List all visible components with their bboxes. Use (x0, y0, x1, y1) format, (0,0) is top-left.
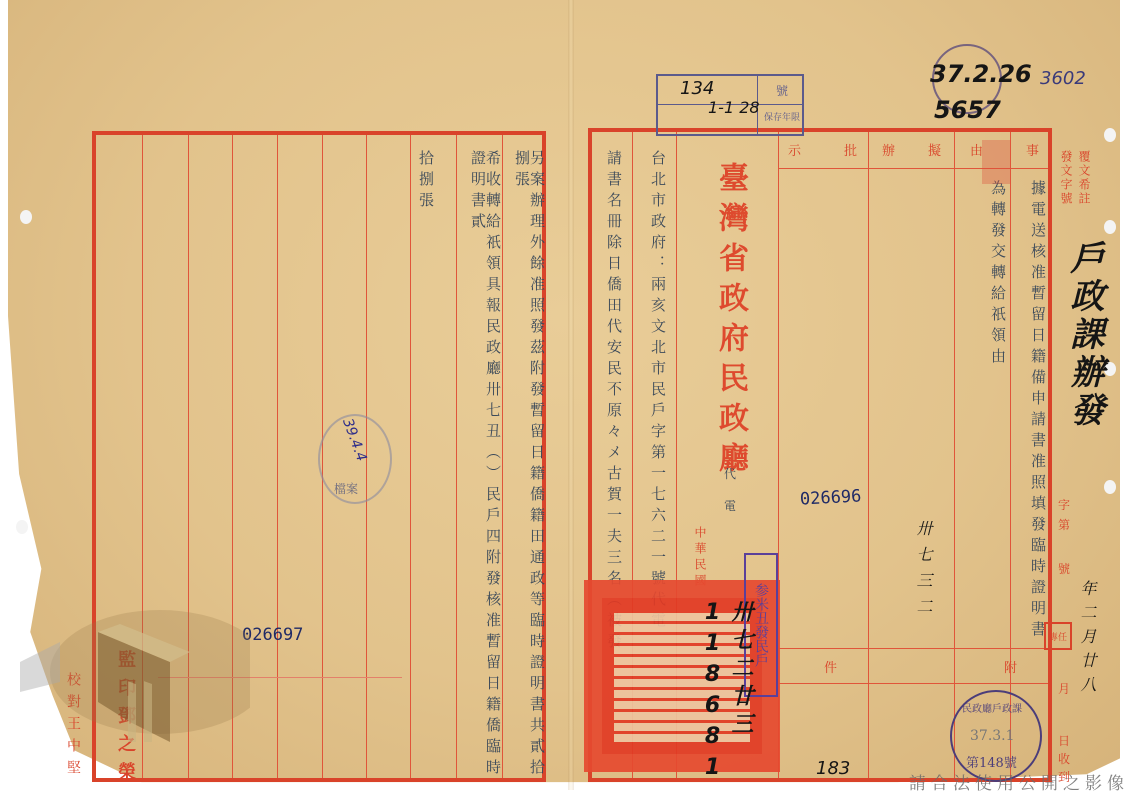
label-hao: 號 (1058, 560, 1070, 577)
attachment-label-jian: 件 (824, 657, 837, 676)
label-month: 月 (1058, 680, 1070, 697)
handwriting-lower-right: 年二月廿八 (1076, 580, 1099, 700)
body-column-4: 希收轉給祇領具報民政廳卅七丑（）民戶四附發核准暫留日籍僑臨時證明書貳 (470, 150, 500, 790)
binder-hole (1104, 480, 1116, 494)
postmark-top-text: 民政廳戶政課 (962, 700, 1022, 715)
archive-handwritten-bottom: 1-1 28 (708, 98, 760, 117)
archive-stamp-label: 檔案 (334, 480, 358, 497)
binder-hole (16, 520, 28, 534)
received-number-handwritten: 5657 (934, 96, 1001, 124)
binder-hole (1104, 220, 1116, 234)
label-zi: 字 (1058, 496, 1070, 513)
center-fold (568, 0, 574, 790)
header-label-shi: 示 (788, 140, 801, 159)
outgoing-number-label: 發文字號 (1058, 150, 1075, 206)
small-red-seal: 專任 (1044, 622, 1072, 650)
subject-red-seal (982, 140, 1010, 184)
header-label-shi2: 事 (1026, 140, 1039, 159)
postmark-date: 37.3.1 (970, 728, 1015, 744)
archive-logo-icon (20, 602, 250, 742)
archive-number-box-stamp: 134 1-1 28 號 保存年限 (656, 74, 804, 136)
binder-hole (1104, 128, 1116, 142)
header-label-ni: 擬 (928, 140, 941, 159)
body-column-5: 拾捌張 (418, 150, 433, 213)
label-day: 日 (1058, 732, 1070, 749)
doc-type-dai: 代 (724, 468, 736, 480)
handwriting-mid-note: 卅七三二 (912, 520, 935, 624)
attachment-row: 件 附 (778, 648, 1048, 684)
usage-watermark: 請合法使用公開之影像 (909, 769, 1129, 794)
header-label-ban: 辦 (882, 140, 895, 159)
handwriting-top-right: 戶政課辦發 (1060, 240, 1109, 430)
label-shou: 收 (1058, 750, 1070, 767)
binder-hole (20, 210, 32, 224)
serial-number-left: 026697 (242, 625, 303, 645)
page-number: 183 (816, 758, 850, 779)
received-date-handwritten: 37.2.26 (930, 60, 1032, 88)
archive-handwritten-top: 134 (680, 78, 714, 99)
label-di: 第 (1058, 516, 1070, 533)
serial-number-right: 026696 (800, 486, 862, 509)
received-extra-number: 3602 (1040, 68, 1086, 89)
attachment-label-fu: 附 (1004, 657, 1017, 676)
header-label-pi: 批 (844, 140, 857, 159)
reply-note-label: 覆文希註 (1076, 150, 1093, 206)
body-column-3: 另案辦理外餘准照發茲附發暫留日籍僑籍田通政等臨時證明書共貳拾捌張 (514, 150, 544, 790)
archive-label-hao: 號 (776, 82, 788, 99)
subject-text: 據電送核准暫留日籍備申請書准照填發臨時證明書 (1030, 180, 1045, 700)
handwriting-bottom-center: 卅七二廿三 118681 (700, 600, 756, 796)
doc-type-dian: 電 (724, 500, 736, 512)
archive-label-retention: 保存年限 (764, 110, 800, 123)
issuing-agency-title: 臺灣省政府民政廳 (708, 162, 752, 482)
subject-summary: 為轉發交轉給祇領由 (990, 180, 1005, 369)
